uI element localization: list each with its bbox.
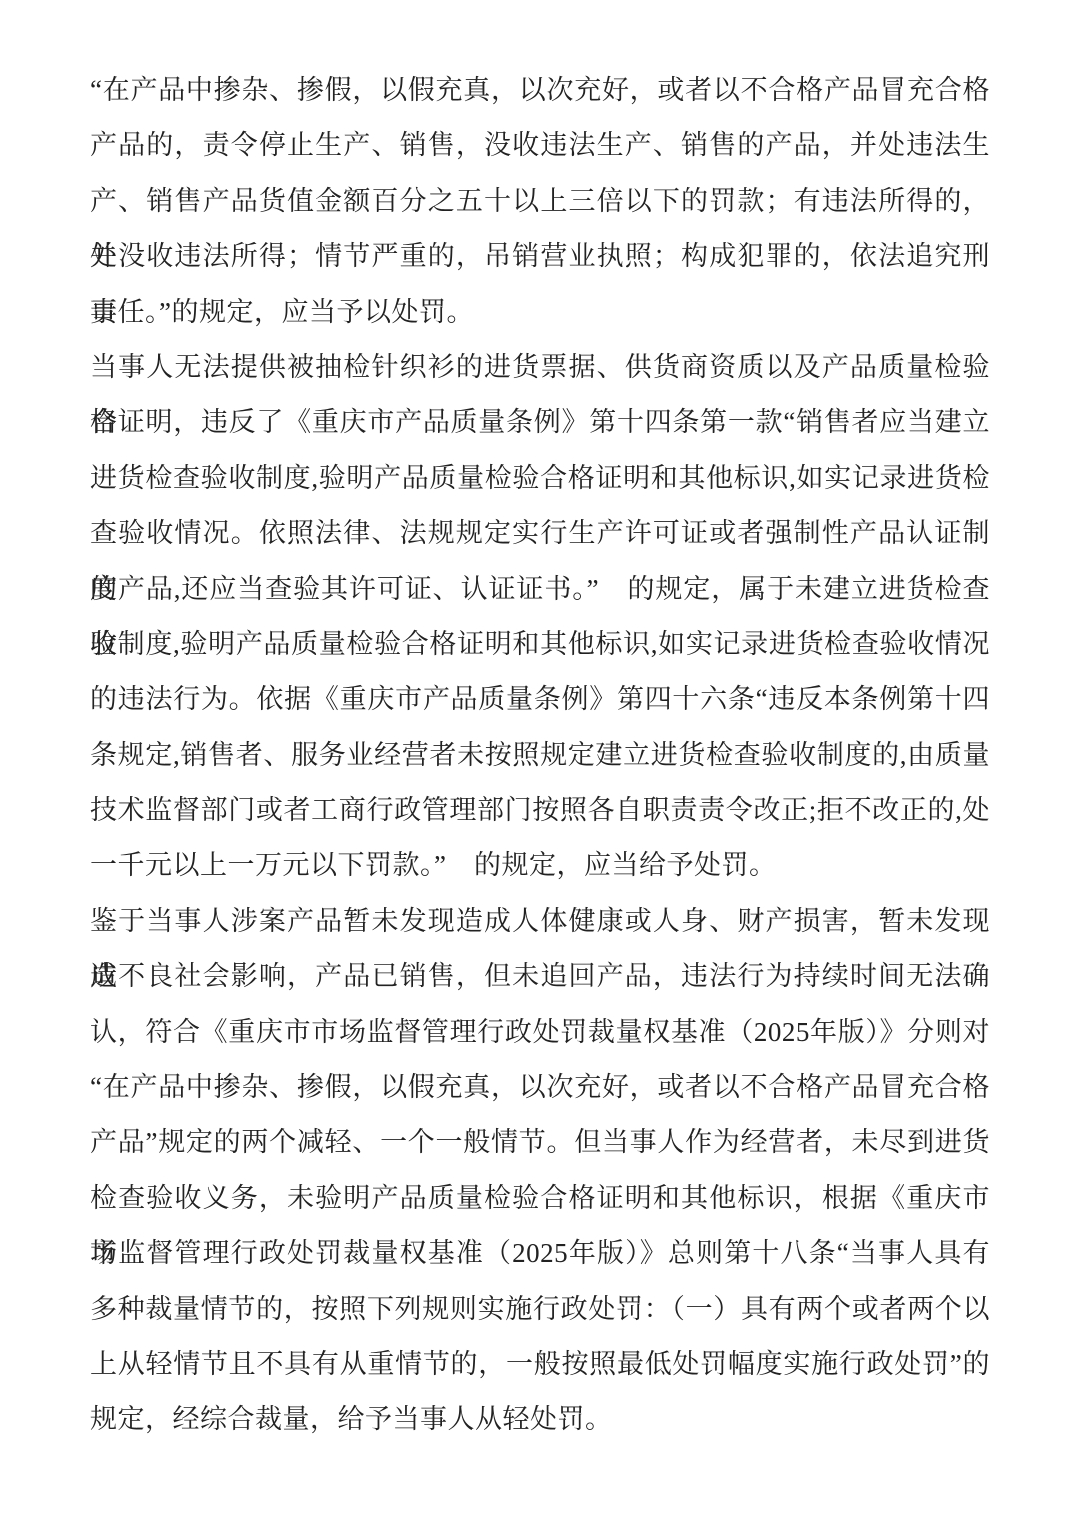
text-line: 检查验收义务，未验明产品质量检验合格证明和其他标识，根据《重庆市市 — [90, 1171, 990, 1226]
text-line: 一千元以上一万元以下罚款。” 的规定，应当给予处罚。 — [90, 838, 990, 893]
text-line: 收制度,验明产品质量检验合格证明和其他标识,如实记录进货检查验收情况 — [90, 617, 990, 672]
text-line: 规定，经综合裁量，给予当事人从轻处罚。 — [90, 1392, 990, 1447]
text-line: “在产品中掺杂、掺假，以假充真，以次充好，或者以不合格产品冒充合格 — [90, 63, 990, 118]
text-line: 多种裁量情节的，按照下列规则实施行政处罚：（一）具有两个或者两个以 — [90, 1282, 990, 1337]
text-line: 场监督管理行政处罚裁量权基准（2025年版）》总则第十八条“当事人具有 — [90, 1226, 990, 1281]
text-line: 责任。”的规定，应当予以处罚。 — [90, 285, 990, 340]
document-page: “在产品中掺杂、掺假，以假充真，以次充好，或者以不合格产品冒充合格 产品的，责令… — [0, 0, 1074, 1520]
text-line: 格证明，违反了《重庆市产品质量条例》第十四条第一款“销售者应当建立 — [90, 395, 990, 450]
text-line: 成不良社会影响，产品已销售，但未追回产品，违法行为持续时间无法确 — [90, 949, 990, 1004]
text-line: 产、销售产品货值金额百分之五十以上三倍以下的罚款；有违法所得的，并 — [90, 174, 990, 229]
text-line: 产品”规定的两个减轻、一个一般情节。但当事人作为经营者，未尽到进货 — [90, 1115, 990, 1170]
text-line: “在产品中掺杂、掺假，以假充真，以次充好，或者以不合格产品冒充合格 — [90, 1060, 990, 1115]
text-line: 进货检查验收制度,验明产品质量检验合格证明和其他标识,如实记录进货检 — [90, 451, 990, 506]
text-line: 上从轻情节且不具有从重情节的，一般按照最低处罚幅度实施行政处罚”的 — [90, 1337, 990, 1392]
paragraph-discretion-decision: 鉴于当事人涉案产品暂未发现造成人体健康或人身、财产损害，暂未发现造 成不良社会影… — [90, 894, 990, 1448]
text-line: 当事人无法提供被抽检针织衫的进货票据、供货商资质以及产品质量检验合 — [90, 340, 990, 395]
paragraph-inspection-violation: 当事人无法提供被抽检针织衫的进货票据、供货商资质以及产品质量检验合 格证明，违反… — [90, 340, 990, 894]
text-line: 的产品,还应当查验其许可证、认证证书。” 的规定，属于未建立进货检查验 — [90, 562, 990, 617]
text-line: 的违法行为。依据《重庆市产品质量条例》第四十六条“违反本条例第十四 — [90, 672, 990, 727]
text-line: 鉴于当事人涉案产品暂未发现造成人体健康或人身、财产损害，暂未发现造 — [90, 894, 990, 949]
text-line: 认，符合《重庆市市场监督管理行政处罚裁量权基准（2025年版）》分则对 — [90, 1005, 990, 1060]
text-line: 处没收违法所得；情节严重的，吊销营业执照；构成犯罪的，依法追究刑事 — [90, 229, 990, 284]
text-line: 产品的，责令停止生产、销售，没收违法生产、销售的产品，并处违法生 — [90, 118, 990, 173]
text-line: 条规定,销售者、服务业经营者未按照规定建立进货检查验收制度的,由质量 — [90, 728, 990, 783]
text-line: 技术监督部门或者工商行政管理部门按照各自职责责令改正;拒不改正的,处 — [90, 783, 990, 838]
text-line: 查验收情况。依照法律、法规规定实行生产许可证或者强制性产品认证制度 — [90, 506, 990, 561]
paragraph-penalty-basis: “在产品中掺杂、掺假，以假充真，以次充好，或者以不合格产品冒充合格 产品的，责令… — [90, 63, 990, 340]
